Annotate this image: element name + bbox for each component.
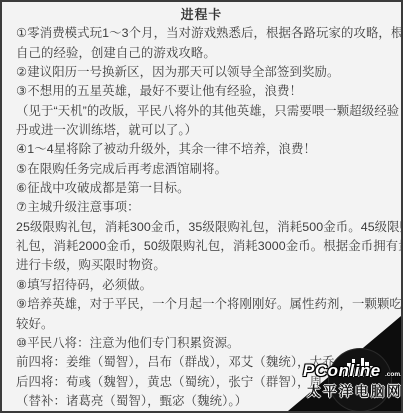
text-line: ⑦主城升级注意事项：	[16, 198, 391, 217]
text-line: 较好。	[16, 315, 391, 334]
text-line: 25级限购礼包，消耗300金币，35级限购礼包，消耗500金币。45级限购	[16, 218, 391, 237]
text-line: ④1～4星将除了被动升级外，其余一律不培养，浪费！	[16, 140, 391, 159]
text-line: ⑩平民八将：注意为他们专门积累资源。	[16, 334, 391, 353]
text-line: ⑤在限购任务完成后再考虑酒馆刷将。	[16, 160, 391, 179]
watermark-brand-text: PConline	[303, 361, 381, 381]
text-line: ②建议阳历一号换新区，因为那天可以领导全部签到奖励。	[16, 63, 391, 82]
body-text: ①零消费模式玩1～3个月，当对游戏熟悉后，根据各路玩家的攻略，根据自己的经验，创…	[2, 24, 401, 411]
text-line: ⑨培养英雄，对于平民，一个月起一个将刚刚好。属性药剂，一颗颗吃比	[16, 295, 391, 314]
text-line: ⑧填写招待码，必须做。	[16, 276, 391, 295]
text-line: ⑥征战中攻破成都是第一目标。	[16, 179, 391, 198]
text-line: 丹或进一次训练塔，就可以了。）	[16, 121, 391, 140]
page-title: 进程卡	[2, 5, 401, 24]
watermark-domain-text: .com.cn	[385, 371, 403, 378]
text-line: 自己的经验，创建自己的游戏攻略。	[16, 44, 391, 63]
text-line: 进行卡级，购买限时物资。	[16, 256, 391, 275]
text-line: 礼包，消耗2000金币，50级限购礼包，消耗3000金币。根据金币拥有量	[16, 237, 391, 256]
watermark-sitename-text: 太平洋电脑网	[307, 380, 403, 400]
text-line: （见于“天机”的改版，平民八将外的其他英雄，只需要喂一颗超级经验	[16, 102, 391, 121]
progress-card-page: 进程卡 ①零消费模式玩1～3个月，当对游戏熟悉后，根据各路玩家的攻略，根据自己的…	[0, 0, 403, 413]
text-line: ①零消费模式玩1～3个月，当对游戏熟悉后，根据各路玩家的攻略，根据	[16, 24, 391, 43]
text-line: ③不想用的五星英雄，最好不要让他有经验，浪费！	[16, 82, 391, 101]
